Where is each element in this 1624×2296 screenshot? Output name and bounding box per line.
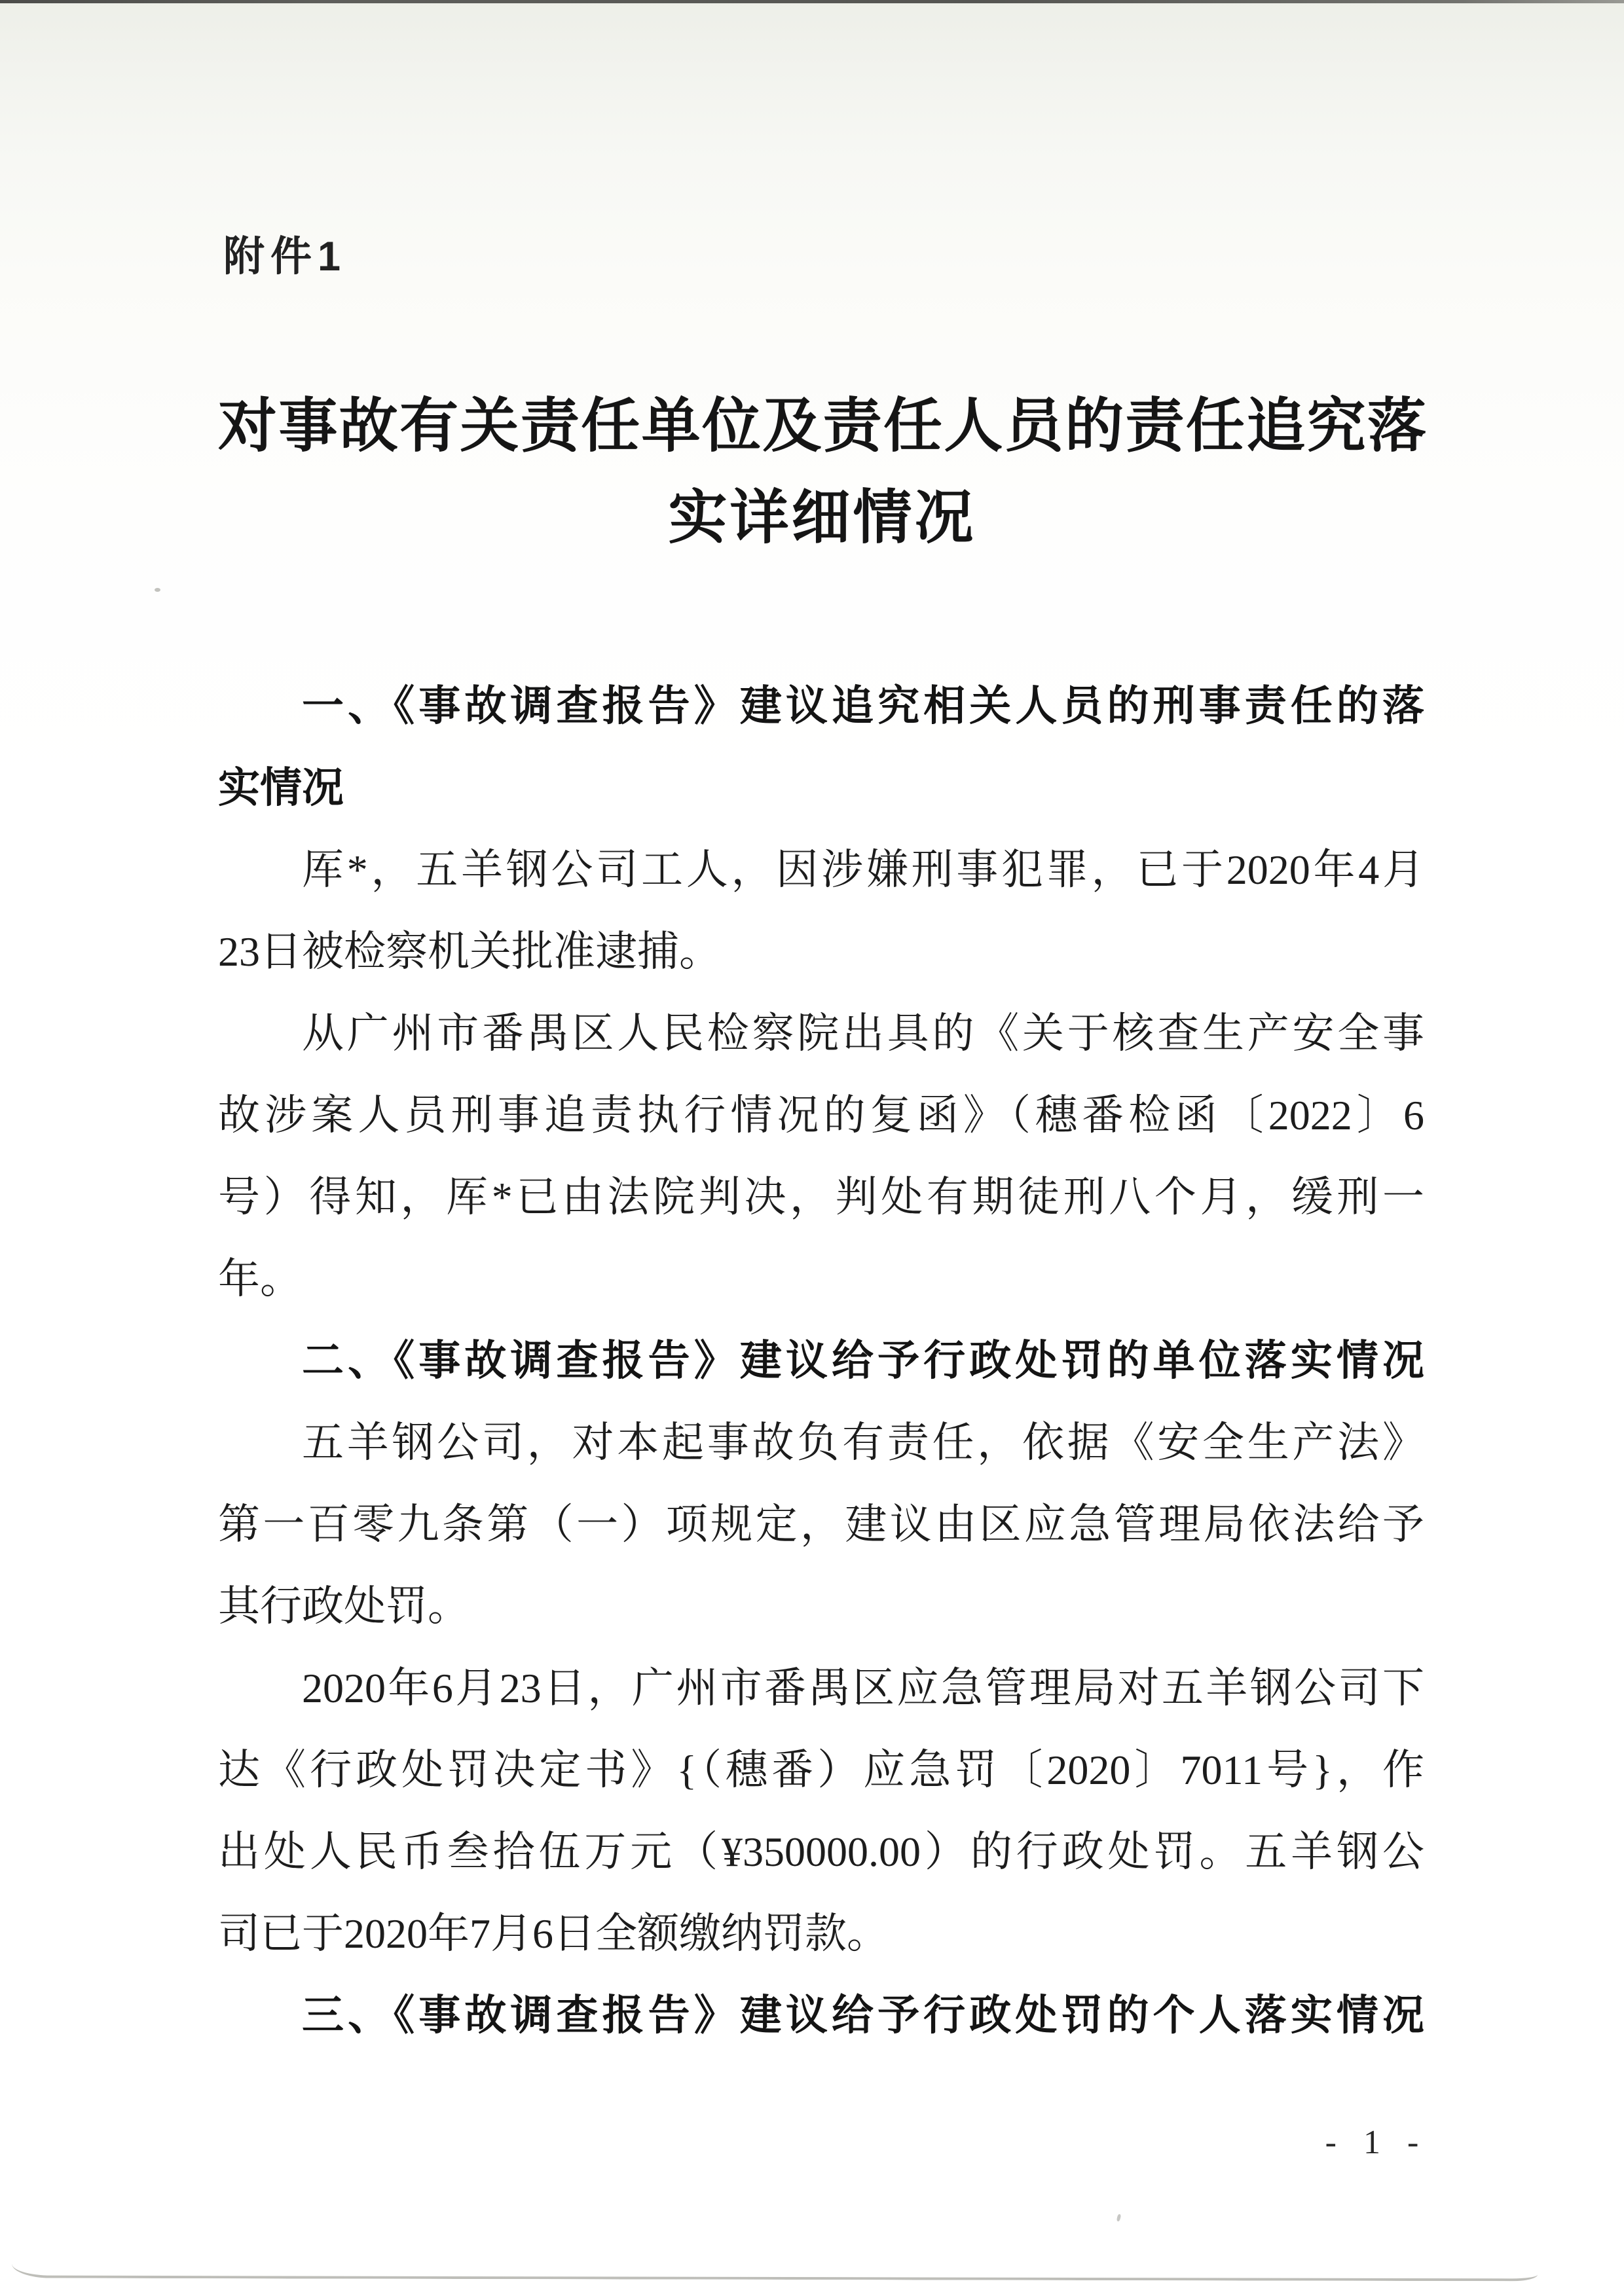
attachment-label: 附件1	[223, 233, 346, 280]
document-title-line1: 对事故有关责任单位及责任人员的责任追究落	[218, 381, 1426, 473]
document-title-line2: 实详细情况	[218, 473, 1426, 564]
body-line: 一、《事故调查报告》建议追究相关人员的刑事责任的落	[218, 665, 1424, 747]
body-line: 司已于2020年7月6日全额缴纳罚款。	[218, 1893, 1424, 1975]
body-line: 第一百零九条第（一）项规定，建议由区应急管理局依法给予	[218, 1484, 1424, 1565]
document-body: 一、《事故调查报告》建议追究相关人员的刑事责任的落实情况厍*，五羊钢公司工人，因…	[218, 665, 1424, 2056]
body-line: 厍*，五羊钢公司工人，因涉嫌刑事犯罪，已于2020年4月	[218, 829, 1424, 911]
body-line: 2020年6月23日，广州市番禺区应急管理局对五羊钢公司下	[218, 1647, 1424, 1729]
body-line: 达《行政处罚决定书》{（穗番）应急罚〔2020〕7011号}，作	[218, 1729, 1424, 1811]
scan-speck	[155, 588, 160, 592]
body-line: 二、《事故调查报告》建议给予行政处罚的单位落实情况	[218, 1320, 1424, 1402]
scan-top-edge	[0, 0, 1624, 3]
page-number: - 1 -	[1304, 2123, 1449, 2162]
body-line: 出处人民币叁拾伍万元（¥350000.00）的行政处罚。五羊钢公	[218, 1811, 1424, 1893]
document-page: 附件1 对事故有关责任单位及责任人员的责任追究落 实详细情况 一、《事故调查报告…	[0, 0, 1624, 2296]
body-line: 号）得知，厍*已由法院判决，判处有期徒刑八个月，缓刑一	[218, 1156, 1424, 1238]
body-line: 实情况	[218, 747, 1424, 829]
body-line: 故涉案人员刑事追责执行情况的复函》（穗番检函〔2022〕6	[218, 1074, 1424, 1156]
body-line: 23日被检察机关批准逮捕。	[218, 911, 1424, 993]
body-line: 从广州市番禺区人民检察院出具的《关于核查生产安全事	[218, 993, 1424, 1074]
document-title: 对事故有关责任单位及责任人员的责任追究落 实详细情况	[218, 381, 1426, 564]
scan-bottom-shadow	[12, 2259, 1538, 2282]
body-line: 年。	[218, 1238, 1424, 1320]
body-line: 其行政处罚。	[218, 1565, 1424, 1647]
scan-speck	[1116, 2214, 1122, 2222]
body-line: 五羊钢公司，对本起事故负有责任，依据《安全生产法》	[218, 1402, 1424, 1484]
body-line: 三、《事故调查报告》建议给予行政处罚的个人落实情况	[218, 1975, 1424, 2056]
